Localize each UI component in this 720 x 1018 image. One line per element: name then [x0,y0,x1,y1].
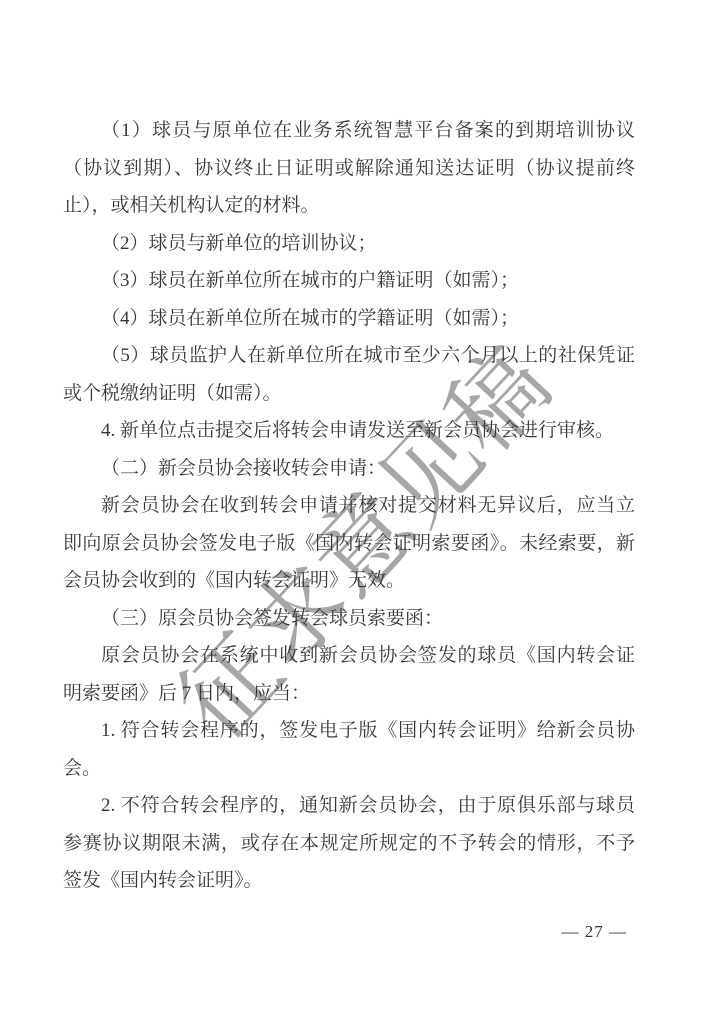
paragraph: （4）球员在新单位所在城市的学籍证明（如需）； [63,300,635,338]
text-line: 1. 符合转会程序的，签发电子版《国内转会证明》给新会员协 [63,712,635,750]
paragraph: （1）球员与原单位在业务系统智慧平台备案的到期培训协议（协议到期）、协议终止日证… [63,112,635,225]
document-page: 征求意见稿 （1）球员与原单位在业务系统智慧平台备案的到期培训协议（协议到期）、… [0,0,720,1018]
text-line: （三）原会员协会签发转会球员索要函： [63,600,635,638]
text-line: 即向原会员协会签发电子版《国内转会证明索要函》。未经索要，新 [63,525,635,563]
text-line: （2）球员与新单位的培训协议； [63,225,635,263]
text-line: （5）球员监护人在新单位所在城市至少六个月以上的社保凭证 [63,337,635,375]
paragraph: （2）球员与新单位的培训协议； [63,225,635,263]
text-line: （二）新会员协会接收转会申请： [63,450,635,488]
paragraph: 4. 新单位点击提交后将转会申请发送至新会员协会进行审核。 [63,412,635,450]
paragraph: （5）球员监护人在新单位所在城市至少六个月以上的社保凭证或个税缴纳证明（如需）。 [63,337,635,412]
text-line: 参赛协议期限未满，或存在本规定所规定的不予转会的情形，不予 [63,825,635,863]
paragraph: （三）原会员协会签发转会球员索要函： [63,600,635,638]
paragraph: （二）新会员协会接收转会申请： [63,450,635,488]
text-line: 止），或相关机构认定的材料。 [63,187,635,225]
document-body: （1）球员与原单位在业务系统智慧平台备案的到期培训协议（协议到期）、协议终止日证… [63,112,635,900]
text-line: （协议到期）、协议终止日证明或解除通知送达证明（协议提前终 [63,150,635,188]
paragraph: 原会员协会在系统中收到新会员协会签发的球员《国内转会证明索要函》后 7 日内，应… [63,637,635,712]
text-line: 明索要函》后 7 日内，应当： [63,675,635,713]
text-line: （3）球员在新单位所在城市的户籍证明（如需）； [63,262,635,300]
text-line: 原会员协会在系统中收到新会员协会签发的球员《国内转会证 [63,637,635,675]
text-line: 4. 新单位点击提交后将转会申请发送至新会员协会进行审核。 [63,412,635,450]
paragraph: （3）球员在新单位所在城市的户籍证明（如需）； [63,262,635,300]
paragraph: 1. 符合转会程序的，签发电子版《国内转会证明》给新会员协会。 [63,712,635,787]
text-line: 新会员协会在收到转会申请并核对提交材料无异议后，应当立 [63,487,635,525]
text-line: 2. 不符合转会程序的，通知新会员协会，由于原俱乐部与球员 [63,787,635,825]
paragraph: 2. 不符合转会程序的，通知新会员协会，由于原俱乐部与球员参赛协议期限未满，或存… [63,787,635,900]
text-line: 会员协会收到的《国内转会证明》无效。 [63,562,635,600]
text-line: （4）球员在新单位所在城市的学籍证明（如需）； [63,300,635,338]
paragraph: 新会员协会在收到转会申请并核对提交材料无异议后，应当立即向原会员协会签发电子版《… [63,487,635,600]
text-line: 或个税缴纳证明（如需）。 [63,375,635,413]
page-number: — 27 — [562,922,628,942]
text-line: 会。 [63,750,635,788]
text-line: 签发《国内转会证明》。 [63,862,635,900]
text-line: （1）球员与原单位在业务系统智慧平台备案的到期培训协议 [63,112,635,150]
